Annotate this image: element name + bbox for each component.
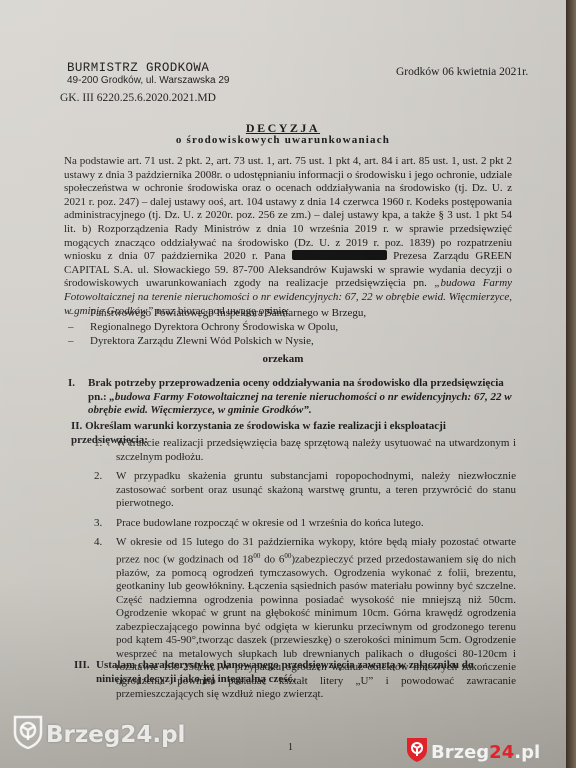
page-number: 1: [288, 742, 293, 753]
opinion-item: Dyrektora Zarządu Zlewni Wód Polskich w …: [68, 334, 366, 348]
issuer-stamp: BURMISTRZ GRODKOWA 49-200 Grodków, ul. W…: [67, 62, 229, 86]
section-1: I. Brak potrzeby przeprowadzenia oceny o…: [70, 377, 514, 418]
ruling-heading: orzekam: [0, 353, 566, 365]
issuer-address: 49-200 Grodków, ul. Warszawska 29: [67, 75, 229, 86]
condition-item: 1. W trakcie realizacji przedsięwzięcia …: [116, 437, 516, 464]
page-stack-edge: [566, 0, 576, 768]
watermark-right: Brzeg24.pl: [406, 737, 540, 768]
preamble: Na podstawie art. 71 ust. 2 pkt. 2, art.…: [64, 155, 512, 318]
opinion-item: Regionalnego Dyrektora Ochrony Środowisk…: [68, 320, 366, 334]
condition-item: 3. Prace budowlane rozpocząć w okresie o…: [116, 517, 516, 531]
watermark-left-text: Brzeg24.pl: [46, 722, 185, 748]
section-3: III. Ustalam charakterystykę planowanego…: [74, 659, 514, 686]
place-date: Grodków 06 kwietnia 2021r.: [396, 66, 528, 78]
reference-number: GK. III 6220.25.6.2020.2021.MD: [60, 92, 216, 104]
section-3-text: Ustalam charakterystykę planowanego prze…: [74, 659, 514, 686]
redacted-name: [292, 250, 387, 260]
document-page: BURMISTRZ GRODKOWA 49-200 Grodków, ul. W…: [0, 0, 566, 768]
section-3-number: III.: [74, 659, 90, 673]
watermark-left: Brzeg24.pl: [13, 715, 185, 755]
opinion-item: Państwowego Powiatowego Inspektora Sanit…: [68, 306, 366, 320]
issuer-authority: BURMISTRZ GRODKOWA: [67, 62, 229, 75]
shield-logo-icon: [13, 715, 43, 755]
section-1-project: „budowa Farmy Fotowoltaicznej na terenie…: [88, 391, 512, 417]
shield-logo-icon: [406, 737, 428, 768]
document-subtitle: o środowiskowych uwarunkowaniach: [0, 134, 566, 146]
preamble-part1: Na podstawie art. 71 ust. 2 pkt. 2, art.…: [64, 155, 512, 262]
opinions-list: Państwowego Powiatowego Inspektora Sanit…: [68, 306, 366, 348]
condition-item: 2. W przypadku skażenia gruntu substancj…: [116, 470, 516, 511]
section-2-number: II.: [71, 420, 82, 432]
section-1-number: I.: [68, 377, 75, 391]
